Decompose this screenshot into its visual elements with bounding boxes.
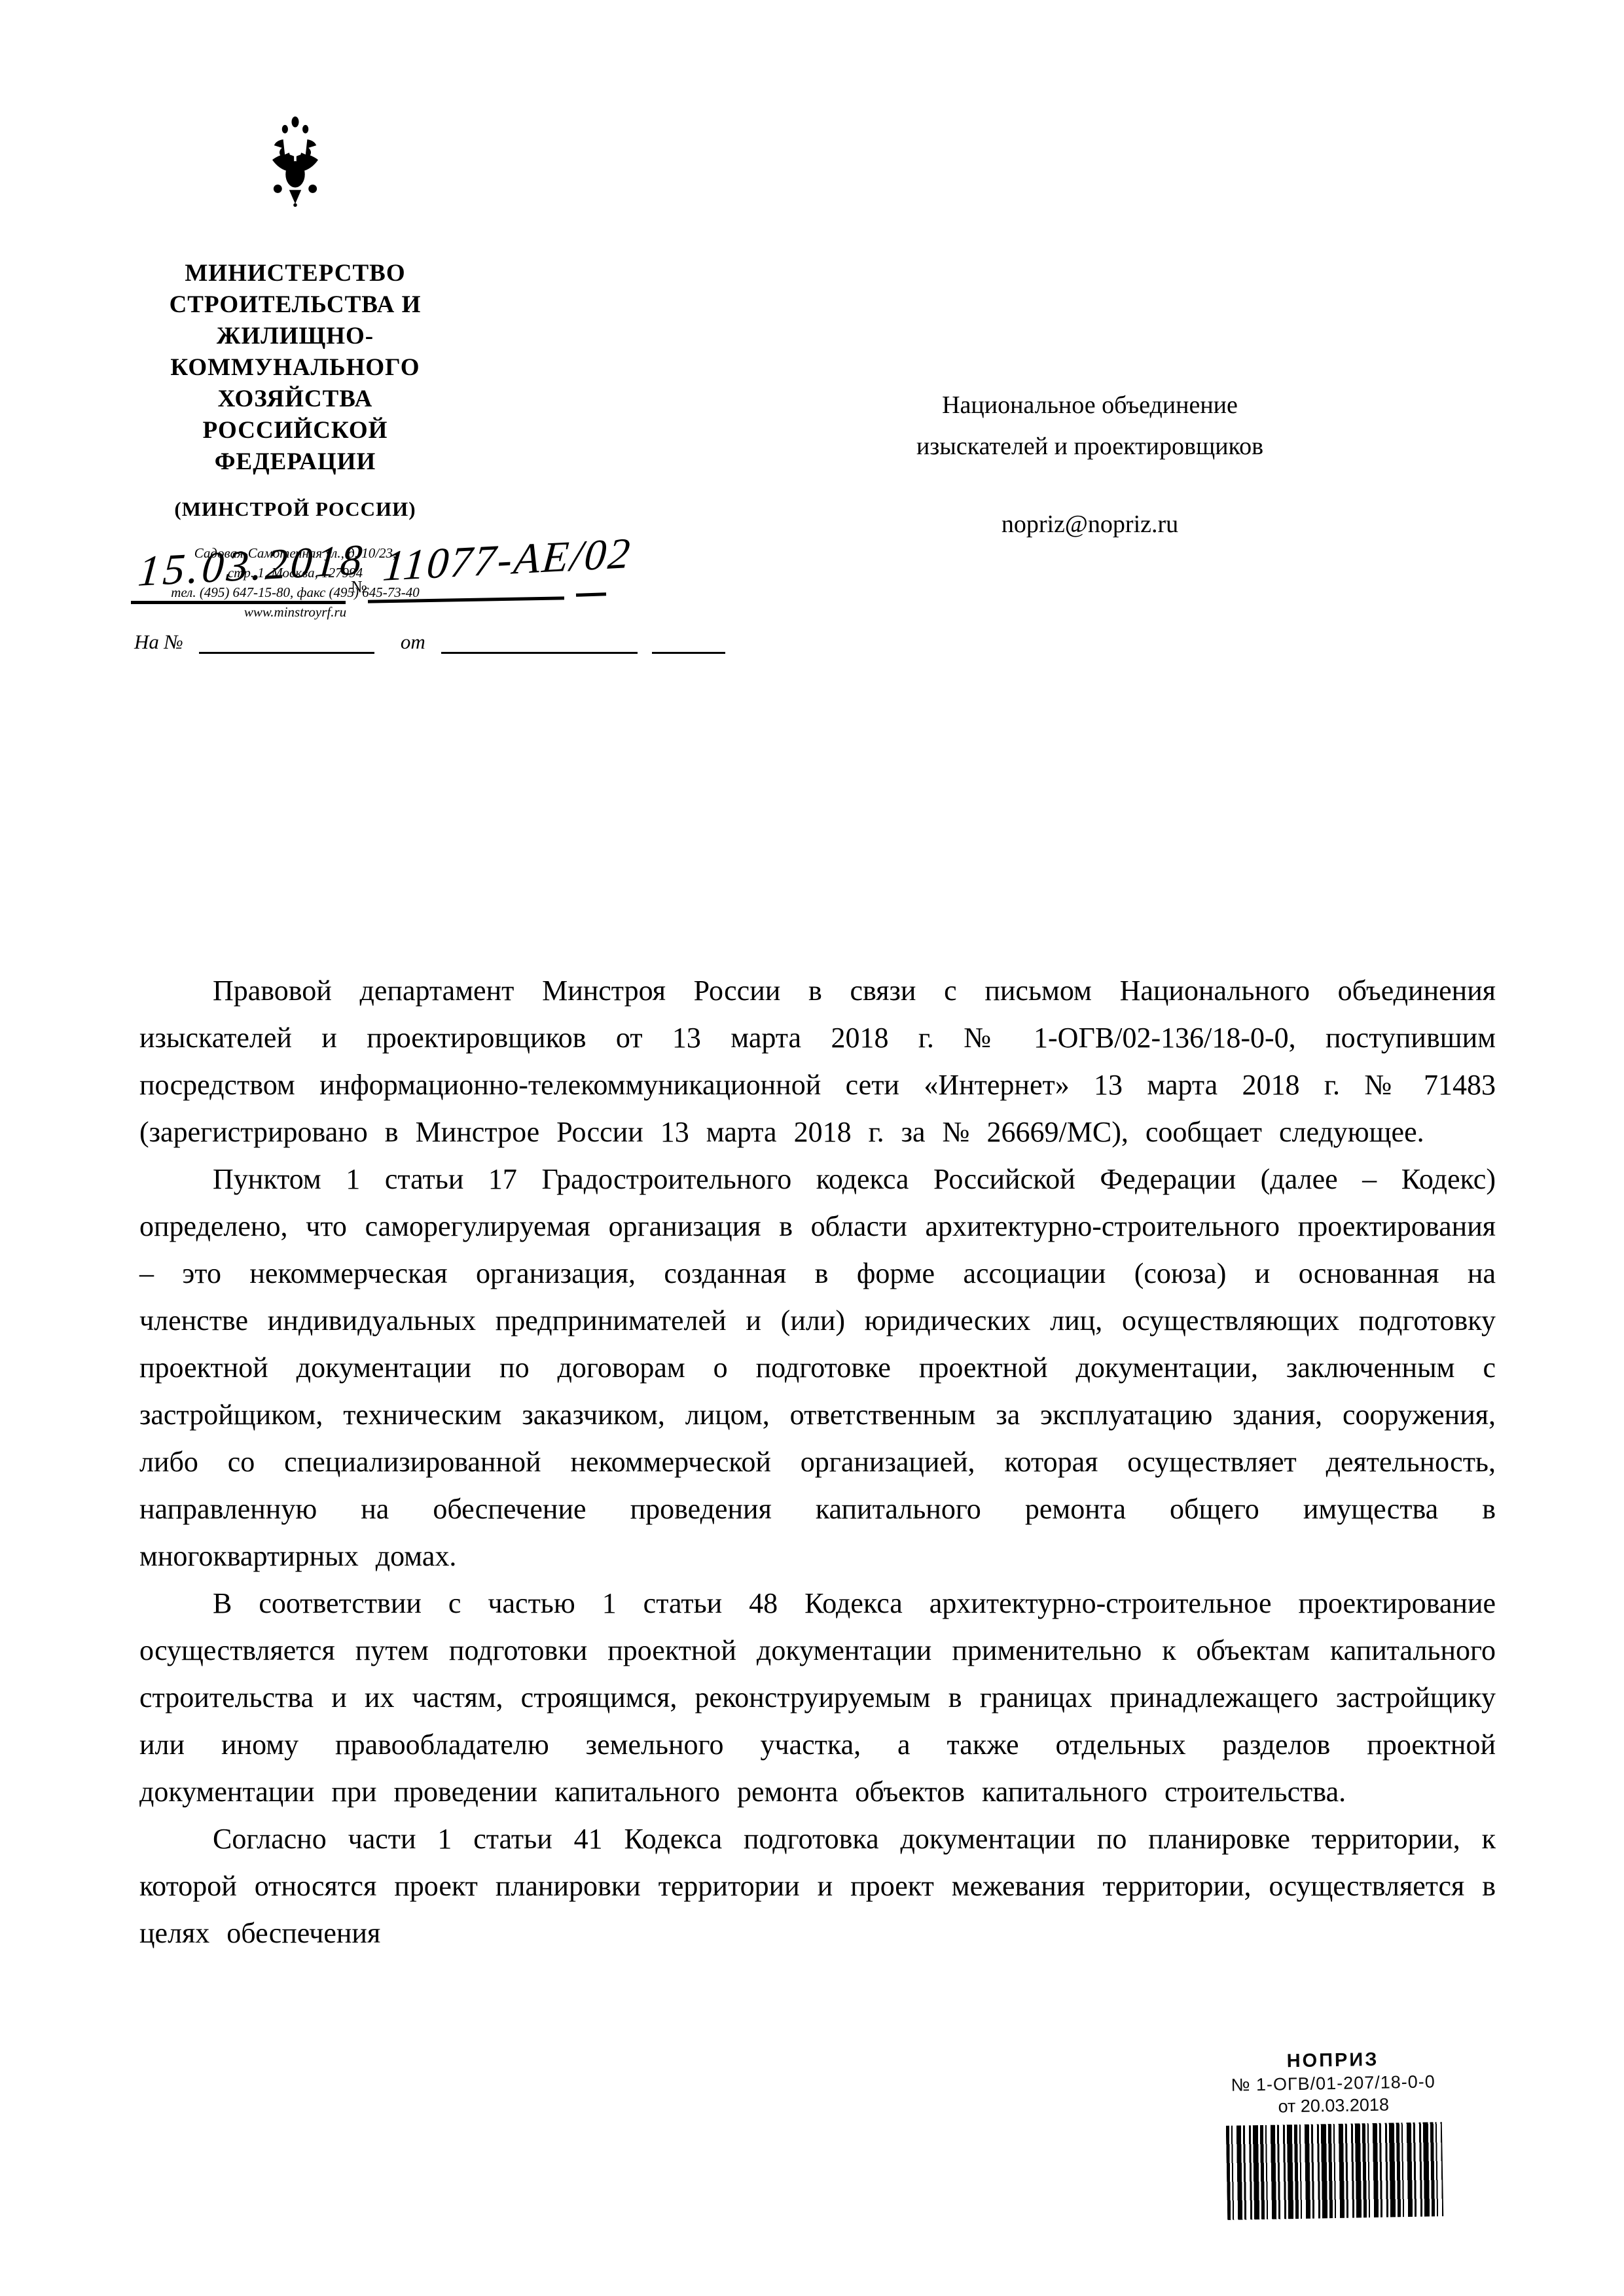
- stamp-registration-date: от 20.03.2018: [1202, 2094, 1464, 2119]
- ministry-name-line-1: МИНИСТЕРСТВО: [134, 258, 456, 289]
- addressee-email: nopriz@nopriz.ru: [808, 504, 1371, 545]
- date-blank-line: [131, 601, 346, 604]
- stamp-organization: НОПРИЗ: [1202, 2048, 1464, 2074]
- number-sign: №: [351, 577, 367, 597]
- reply-number-blank: [199, 627, 374, 654]
- addressee-name-line-2: изыскателей и проектировщиков: [808, 426, 1371, 467]
- addressee-name-line-1: Национальное объединение: [808, 385, 1371, 426]
- reply-date-blank: [441, 627, 638, 654]
- scanned-letter-page: МИНИСТЕРСТВО СТРОИТЕЛЬСТВА И ЖИЛИЩНО- КО…: [0, 0, 1624, 2296]
- incoming-reference-row: На № от: [134, 627, 725, 654]
- reply-date-blank-tail: [652, 627, 725, 654]
- body-paragraph-2: Пунктом 1 статьи 17 Градостроительного к…: [139, 1156, 1496, 1580]
- ministry-short-name: (МИНСТРОЙ РОССИИ): [134, 497, 456, 521]
- reply-from-label: от: [401, 630, 425, 654]
- letter-body: Правовой департамент Минстроя России в с…: [139, 967, 1496, 1957]
- registration-stamp: НОПРИЗ № 1-ОГВ/01-207/18-0-0 от 20.03.20…: [1202, 2048, 1466, 2221]
- reply-to-label: На №: [134, 630, 183, 654]
- russia-coat-of-arms-emblem: [265, 117, 325, 207]
- body-paragraph-1: Правовой департамент Минстроя России в с…: [139, 967, 1496, 1156]
- addressee-block: Национальное объединение изыскателей и п…: [808, 385, 1371, 545]
- number-blank-line-tail: [576, 592, 606, 597]
- body-paragraph-3: В соответствии с частью 1 статьи 48 Коде…: [139, 1580, 1496, 1816]
- barcode: [1226, 2122, 1443, 2220]
- ministry-name-line-2: СТРОИТЕЛЬСТВА И ЖИЛИЩНО-: [134, 289, 456, 352]
- outgoing-reference-row: 15.03.2018 № 11077-АЕ/02: [131, 545, 753, 623]
- body-paragraph-4: Согласно части 1 статьи 41 Кодекса подго…: [139, 1816, 1496, 1957]
- ministry-name-line-3: КОММУНАЛЬНОГО ХОЗЯЙСТВА: [134, 352, 456, 415]
- handwritten-date: 15.03.2018: [136, 535, 367, 597]
- ministry-name-line-4: РОССИЙСКОЙ ФЕДЕРАЦИИ: [134, 415, 456, 478]
- stamp-registration-number: № 1-ОГВ/01-207/18-0-0: [1202, 2072, 1464, 2096]
- number-blank-line: [368, 596, 564, 603]
